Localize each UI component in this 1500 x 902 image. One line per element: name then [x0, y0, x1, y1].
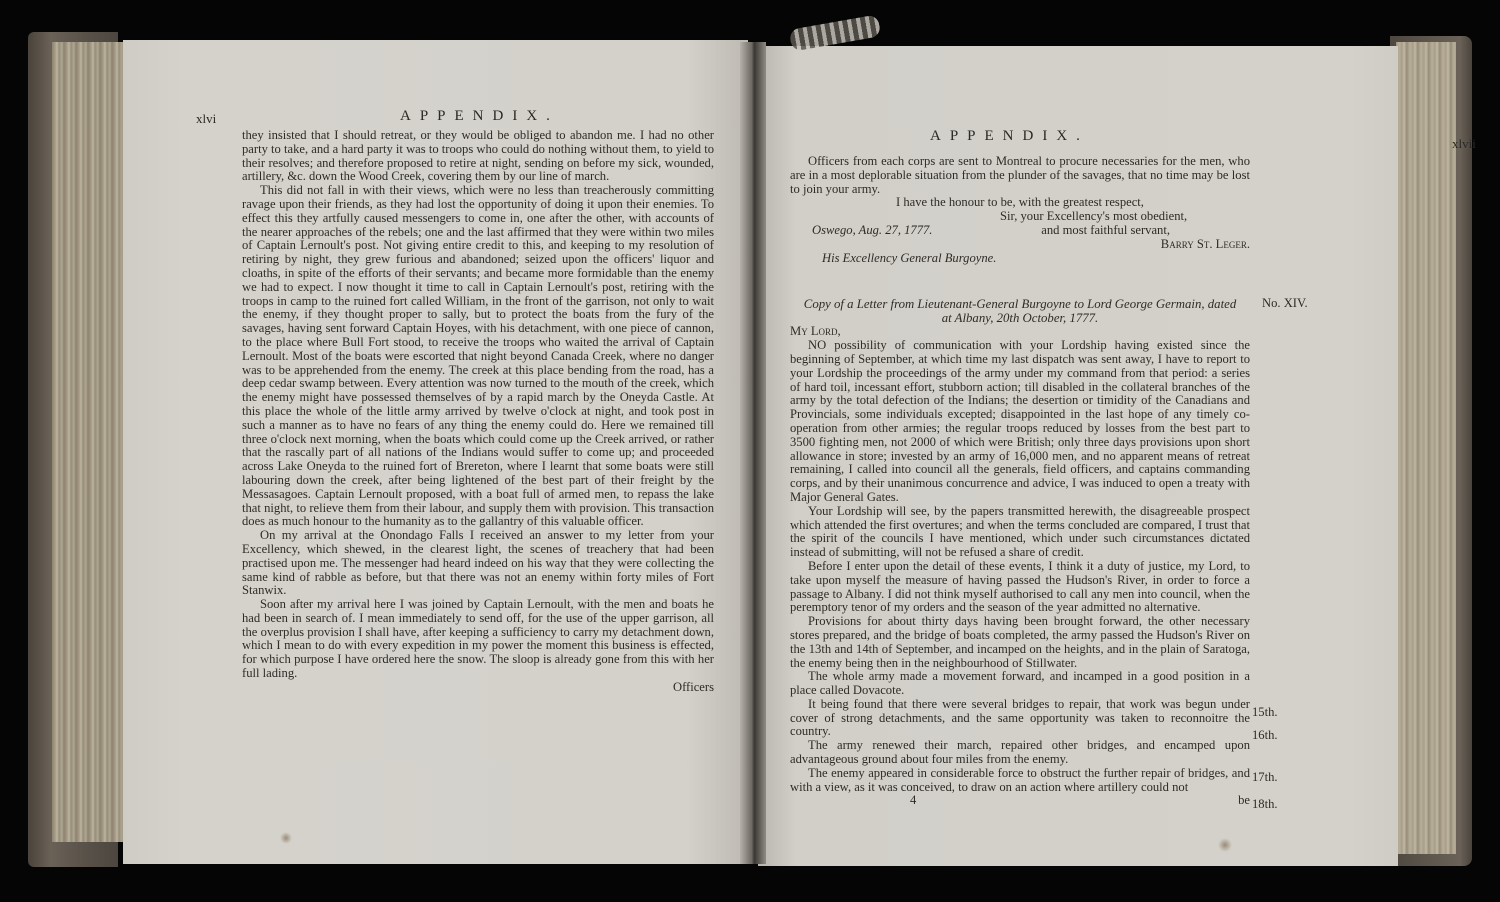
signature-mark: 4 — [790, 794, 916, 808]
page-number-right: xlvii — [1452, 136, 1476, 152]
closing-row: Oswego, Aug. 27, 1777. and most faithful… — [790, 224, 1250, 238]
paper-stain — [280, 832, 292, 844]
paragraph: It being found that there were several b… — [790, 698, 1250, 739]
paragraph: On my arrival at the Onondago Falls I re… — [242, 529, 714, 598]
paragraph: they insisted that I should retreat, or … — [242, 129, 714, 184]
paragraph: Soon after my arrival here I was joined … — [242, 598, 714, 681]
running-head-right: APPENDIX. — [930, 128, 1089, 145]
catchword: be — [1238, 794, 1250, 808]
margin-date: 16th. — [1252, 728, 1278, 743]
closing-line: and most faithful servant, — [1041, 224, 1250, 238]
page-number-left: xlvi — [196, 111, 216, 127]
margin-date: 17th. — [1252, 770, 1278, 785]
left-page-body: they insisted that I should retreat, or … — [242, 129, 714, 695]
paragraph: Provisions for about thirty days having … — [790, 615, 1250, 670]
page-edges-right — [1396, 42, 1456, 854]
right-page-body: Officers from each corps are sent to Mon… — [790, 155, 1250, 808]
paragraph: This did not fall in with their views, w… — [242, 184, 714, 529]
running-head-left: APPENDIX. — [400, 108, 559, 125]
catchword: Officers — [242, 681, 714, 695]
paragraph: Before I enter upon the detail of these … — [790, 560, 1250, 615]
signature: Barry St. Leger. — [790, 238, 1250, 252]
letter-heading-line: Copy of a Letter from Lieutenant-General… — [790, 297, 1250, 311]
addressee: His Excellency General Burgoyne. — [790, 252, 1250, 266]
paragraph: NO possibility of communication with you… — [790, 339, 1250, 505]
place-date: Oswego, Aug. 27, 1777. — [790, 224, 932, 238]
letter-heading: Copy of a Letter from Lieutenant-General… — [790, 297, 1250, 325]
letter-number: No. XIV. — [1262, 296, 1308, 311]
paragraph: The army renewed their march, repaired o… — [790, 739, 1250, 767]
margin-date: 15th. — [1252, 705, 1278, 720]
letter-heading-line: at Albany, 20th October, 1777. — [790, 311, 1250, 325]
page-footer: 4 be — [790, 794, 1250, 808]
book-gutter — [740, 42, 766, 864]
paragraph: Your Lordship will see, by the papers tr… — [790, 505, 1250, 560]
paragraph: The enemy appeared in considerable force… — [790, 767, 1250, 795]
open-book: xlvi APPENDIX. they insisted that I shou… — [0, 0, 1500, 902]
salutation: My Lord, — [790, 325, 1250, 339]
paragraph: The whole army made a movement forward, … — [790, 670, 1250, 698]
paper-stain — [1218, 838, 1232, 852]
margin-date: 18th. — [1252, 797, 1278, 812]
page-edges-left — [52, 42, 124, 842]
closing-line: Sir, your Excellency's most obedient, — [790, 210, 1250, 224]
closing-line: I have the honour to be, with the greate… — [790, 196, 1250, 210]
paragraph: Officers from each corps are sent to Mon… — [790, 155, 1250, 196]
